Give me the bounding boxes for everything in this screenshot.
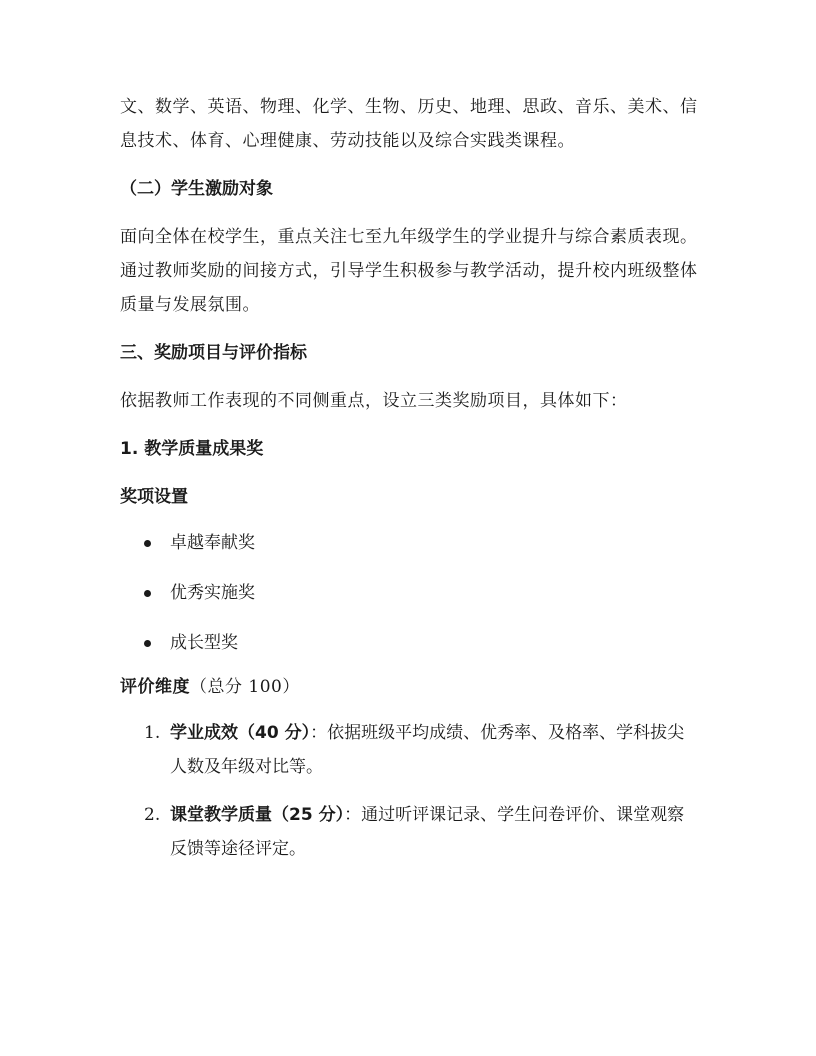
evaluation-heading: 评价维度 bbox=[120, 677, 190, 697]
award-1-heading: 1. 教学质量成果奖 bbox=[120, 432, 700, 466]
evaluation-total: （总分 100） bbox=[190, 677, 300, 697]
award-settings-heading: 奖项设置 bbox=[120, 480, 700, 514]
bullet-icon bbox=[144, 540, 151, 547]
bullet-icon bbox=[144, 640, 151, 647]
continued-paragraph: 文、数学、英语、物理、化学、生物、历史、地理、思政、音乐、美术、信息技术、体育、… bbox=[120, 90, 700, 158]
section-heading-student-incentive: （二）学生激励对象 bbox=[120, 172, 700, 206]
evaluation-dimensions-list: 1.学业成效（40 分）：依据班级平均成绩、优秀率、及格率、学科拔尖人数及年级对… bbox=[120, 716, 700, 866]
awards-intro-paragraph: 依据教师工作表现的不同侧重点，设立三类奖励项目，具体如下： bbox=[120, 384, 700, 418]
evaluation-heading-line: 评价维度（总分 100） bbox=[120, 670, 700, 704]
document-page: 文、数学、英语、物理、化学、生物、历史、地理、思政、音乐、美术、信息技术、体育、… bbox=[120, 90, 700, 880]
bullet-icon bbox=[144, 590, 151, 597]
list-item: 1.学业成效（40 分）：依据班级平均成绩、优秀率、及格率、学科拔尖人数及年级对… bbox=[120, 716, 700, 784]
dimension-title: 课堂教学质量（25 分） bbox=[170, 805, 344, 825]
student-incentive-paragraph: 面向全体在校学生，重点关注七至九年级学生的学业提升与综合素质表现。通过教师奖励的… bbox=[120, 220, 700, 322]
list-item: 2.课堂教学质量（25 分）：通过听评课记录、学生问卷评价、课堂观察反馈等途径评… bbox=[120, 798, 700, 866]
dimension-title: 学业成效（40 分） bbox=[170, 723, 310, 743]
list-item: 成长型奖 bbox=[120, 626, 700, 660]
chapter-heading-awards: 三、奖励项目与评价指标 bbox=[120, 336, 700, 370]
list-item: 优秀实施奖 bbox=[120, 576, 700, 610]
list-number: 2. bbox=[144, 798, 160, 832]
list-number: 1. bbox=[144, 716, 160, 750]
list-item: 卓越奉献奖 bbox=[120, 526, 700, 560]
award-settings-list: 卓越奉献奖 优秀实施奖 成长型奖 bbox=[120, 526, 700, 660]
